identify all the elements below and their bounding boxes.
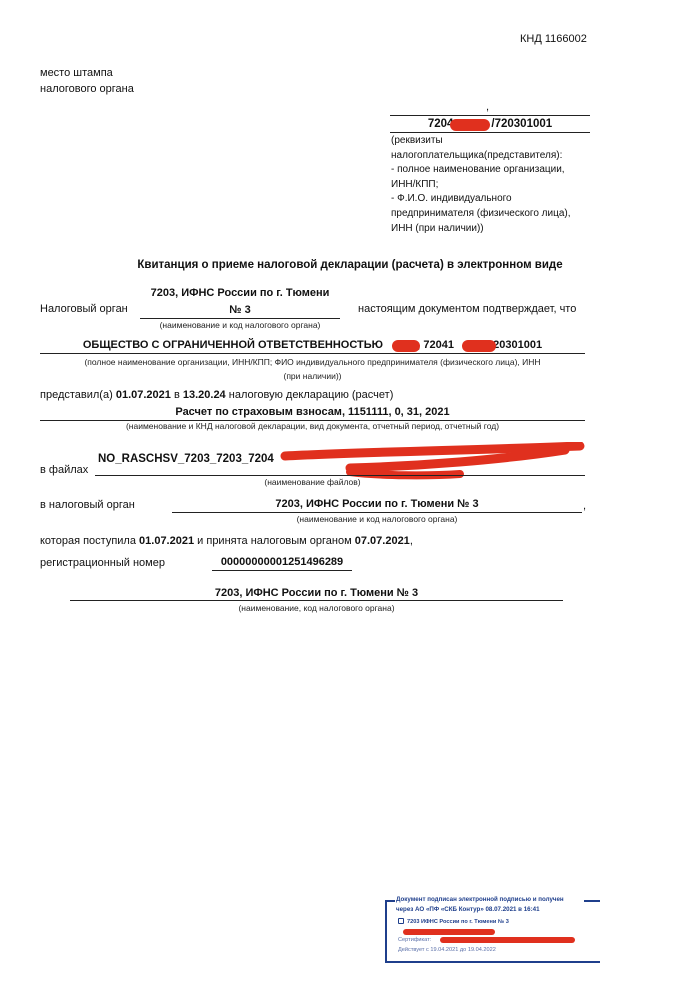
redaction-mark <box>462 340 496 352</box>
requisites-bottom-line <box>390 132 590 133</box>
knd-code: КНД 1166002 <box>520 33 587 45</box>
files-caption: (наименование файлов) <box>40 477 585 487</box>
signature-validity: Действует с 19.04.2021 до 19.04.2022 <box>398 947 496 953</box>
declaration-name: Расчет по страховым взносам, 1151111, 0,… <box>40 406 585 418</box>
requisites-note-line: - полное наименование организации, <box>391 163 606 178</box>
signature-authority-text: 7203 ИФНС России по г. Тюмени № 3 <box>407 919 509 925</box>
redaction-mark <box>392 340 420 352</box>
final-authority-caption: (наименование, код налогового органа) <box>70 603 563 613</box>
signature-heading-line-2: через АО «ПФ «СКБ Контур» 08.07.2021 в 1… <box>396 905 586 915</box>
requisites-note-line: ИНН/КПП; <box>391 178 606 193</box>
signature-authority: 7203 ИФНС России по г. Тюмени № 3 <box>398 918 509 925</box>
tax-authority-caption: (наименование и код налогового органа) <box>140 320 340 330</box>
company-caption: (полное наименование организации, ИНН/КП… <box>40 355 585 383</box>
certificate-icon <box>398 918 404 924</box>
receipt-line: которая поступила 01.07.2021 и принята н… <box>40 535 413 547</box>
stamp-place-line-2: налогового органа <box>40 81 134 97</box>
accepted-label: и принята налоговым органом <box>197 535 352 547</box>
tax-authority-name-line-2: № 3 <box>140 302 340 319</box>
requisites-note-line: предпринимателя (физического лица), <box>391 207 606 222</box>
requisites-note: (реквизиты налогоплательщика(представите… <box>391 134 606 236</box>
declaration-caption: (наименование и КНД налоговой декларации… <box>40 421 585 431</box>
redaction-mark <box>440 937 575 943</box>
files-label: в файлах <box>40 464 88 476</box>
stamp-place-label: место штампа налогового органа <box>40 65 134 97</box>
presented-label: представил(а) <box>40 389 113 401</box>
received-date: 01.07.2021 <box>139 535 194 547</box>
files-underline <box>95 475 585 476</box>
company-underline <box>40 353 585 354</box>
presented-date: 01.07.2021 <box>116 389 171 401</box>
to-authority-label: в налоговый орган <box>40 499 135 511</box>
company-caption-line-1: (полное наименование организации, ИНН/КП… <box>40 355 585 369</box>
requisites-note-line: ИНН (при наличии)) <box>391 222 606 237</box>
to-authority-comma: , <box>583 500 586 512</box>
to-authority-caption: (наименование и код налогового органа) <box>172 514 582 524</box>
to-authority-name: 7203, ИФНС России по г. Тюмени № 3 <box>172 498 582 510</box>
presented-line: представил(а) 01.07.2021 в 13.20.24 нало… <box>40 389 393 401</box>
certificate-label: Сертификат: <box>398 937 431 943</box>
signature-stamp-border <box>584 900 600 902</box>
tax-authority-name-line-1: 7203, ИФНС России по г. Тюмени <box>140 285 340 302</box>
presented-at: в <box>174 389 180 401</box>
signature-certificate: Сертификат: <box>398 937 431 943</box>
confirms-text: настоящим документом подтверждает, что <box>358 303 576 315</box>
requisites-value: 7204/720301001 <box>390 118 590 130</box>
redaction-mark <box>450 119 490 131</box>
signature-stamp-border <box>385 900 395 902</box>
presented-time: 13.20.24 <box>183 389 226 401</box>
final-authority-name: 7203, ИФНС России по г. Тюмени № 3 <box>70 587 563 599</box>
requisites-comma: , <box>486 101 489 113</box>
registration-label: регистрационный номер <box>40 557 165 569</box>
tax-authority-label: Налоговый орган <box>40 303 128 315</box>
requisites-kpp: /720301001 <box>491 118 552 130</box>
received-label: которая поступила <box>40 535 136 547</box>
requisites-note-line: - Ф.И.О. индивидуального <box>391 192 606 207</box>
registration-number: 00000000001251496289 <box>212 556 352 568</box>
presented-tail: налоговую декларацию (расчет) <box>229 389 394 401</box>
redaction-scribble <box>280 442 590 482</box>
document-title: Квитанция о приеме налоговой декларации … <box>0 259 700 271</box>
final-authority-underline <box>70 600 563 601</box>
requisites-top-line <box>390 115 590 116</box>
receipt-comma: , <box>410 535 413 547</box>
to-authority-underline <box>172 512 582 513</box>
company-legal-form: ОБЩЕСТВО С ОГРАНИЧЕННОЙ ОТВЕТСТВЕННОСТЬЮ <box>83 339 383 351</box>
tax-authority-name: 7203, ИФНС России по г. Тюмени № 3 <box>140 285 340 319</box>
company-caption-line-2: (при наличии)) <box>40 369 585 383</box>
requisites-note-line: (реквизиты <box>391 134 606 149</box>
registration-underline <box>212 570 352 571</box>
tax-authority-underline <box>140 318 340 319</box>
company-inn-prefix: 72041 <box>423 339 454 351</box>
file-name: NO_RASCHSV_7203_7203_7204 <box>98 453 274 465</box>
accepted-date: 07.07.2021 <box>355 535 410 547</box>
stamp-place-line-1: место штампа <box>40 65 134 81</box>
company-name: ОБЩЕСТВО С ОГРАНИЧЕННОЙ ОТВЕТСТВЕННОСТЬЮ… <box>40 339 585 351</box>
signature-heading: Документ подписан электронной подписью и… <box>396 895 586 915</box>
redaction-mark <box>403 929 495 935</box>
requisites-note-line: налогоплательщика(представителя): <box>391 149 606 164</box>
signature-heading-line-1: Документ подписан электронной подписью и… <box>396 895 586 905</box>
